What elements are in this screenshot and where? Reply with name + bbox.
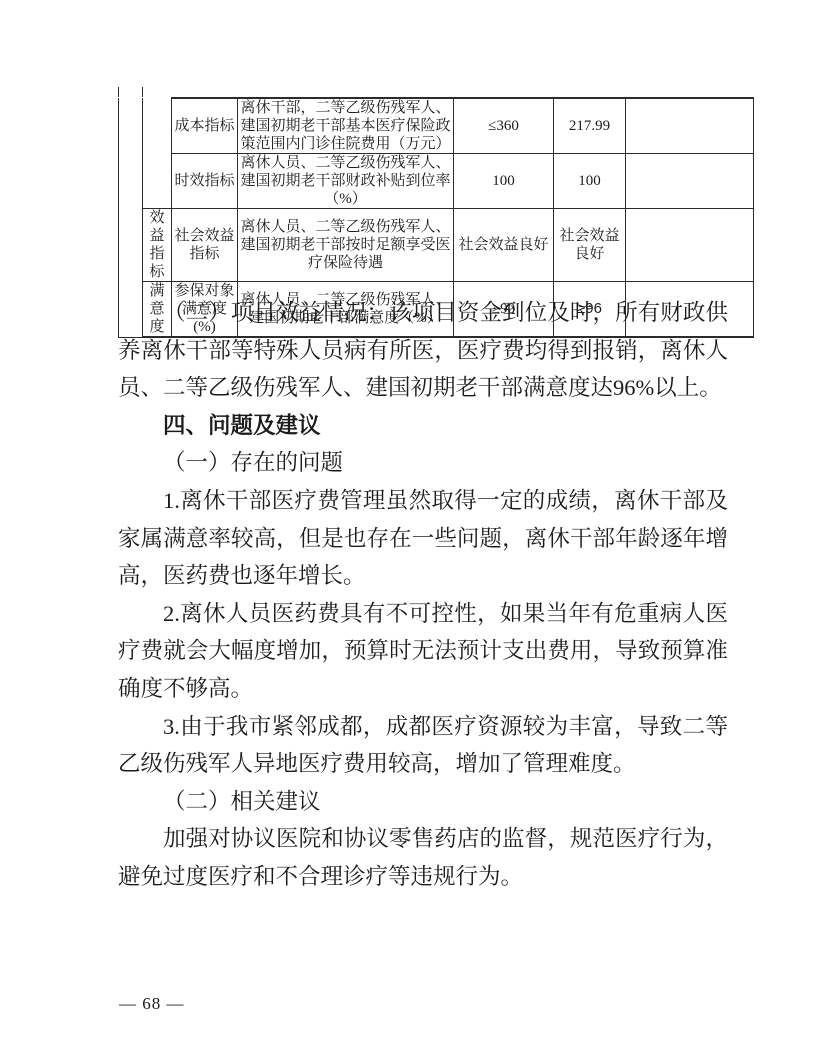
cell-indicator-description: 离休人员、二等乙级伤残军人、建国初期老干部按时足额享受医疗保险待遇 <box>238 209 454 282</box>
cell-subcategory: 成本指标 <box>172 98 238 154</box>
paragraph-problem-2: 2.离休人员医药费具有不可控性，如果当年有危重病人医疗费就会大幅度增加，预算时无… <box>118 595 728 708</box>
cell-category: 效益指标 <box>143 209 172 282</box>
cell-target-value: 100 <box>454 154 554 209</box>
paragraph-suggestion: 加强对协议医院和协议零售药店的监督，规范医疗行为，避免过度医疗和不合理诊疗等违规… <box>118 820 728 895</box>
heading-problems-and-suggestions: 四、问题及建议 <box>118 407 728 445</box>
cell-note <box>626 154 754 209</box>
cell-category-continued <box>143 98 172 209</box>
subheading-existing-problems: （一）存在的问题 <box>118 444 728 482</box>
paragraph-problem-1: 1.离休干部医疗费管理虽然取得一定的成绩，离休干部及家属满意率较高，但是也存在一… <box>118 482 728 595</box>
cell-actual-value: 100 <box>554 154 626 209</box>
table-continuation-rule-inner <box>142 87 143 97</box>
cell-note <box>626 209 754 282</box>
paragraph-problem-3: 3.由于我市紧邻成都，成都医疗资源较为丰富，导致二等乙级伤残军人异地医疗费用较高… <box>118 708 728 783</box>
table-row: 效益指标 社会效益指标 离休人员、二等乙级伤残军人、建国初期老干部按时足额享受医… <box>119 209 754 282</box>
cell-indicator-description: 离休干部，二等乙级伤残军人、建国初期老干部基本医疗保险政策范围内门诊住院费用（万… <box>238 98 454 154</box>
table-continuation-rule-left <box>118 87 119 97</box>
body-text-block: （二）项目效益情况：该项目资金到位及时，所有财政供养离休干部等特殊人员病有所医，… <box>118 294 728 896</box>
table-row: 时效指标 离休人员、二等乙级伤残军人、建国初期老干部财政补贴到位率（%） 100… <box>119 154 754 209</box>
cell-actual-value: 217.99 <box>554 98 626 154</box>
document-page: 成本指标 离休干部，二等乙级伤残军人、建国初期老干部基本医疗保险政策范围内门诊住… <box>0 0 815 1055</box>
cell-indicator-description: 离休人员、二等乙级伤残军人、建国初期老干部财政补贴到位率（%） <box>238 154 454 209</box>
cell-subcategory: 时效指标 <box>172 154 238 209</box>
cell-target-value: 社会效益良好 <box>454 209 554 282</box>
page-number: — 68 — <box>119 992 185 1016</box>
paragraph-project-benefit: （二）项目效益情况：该项目资金到位及时，所有财政供养离休干部等特殊人员病有所医，… <box>118 294 728 407</box>
cell-subcategory: 社会效益指标 <box>172 209 238 282</box>
subheading-related-suggestions: （二）相关建议 <box>118 783 728 821</box>
cell-note <box>626 98 754 154</box>
cell-target-value: ≤360 <box>454 98 554 154</box>
cell-actual-value: 社会效益良好 <box>554 209 626 282</box>
table-row: 成本指标 离休干部，二等乙级伤残军人、建国初期老干部基本医疗保险政策范围内门诊住… <box>119 98 754 154</box>
